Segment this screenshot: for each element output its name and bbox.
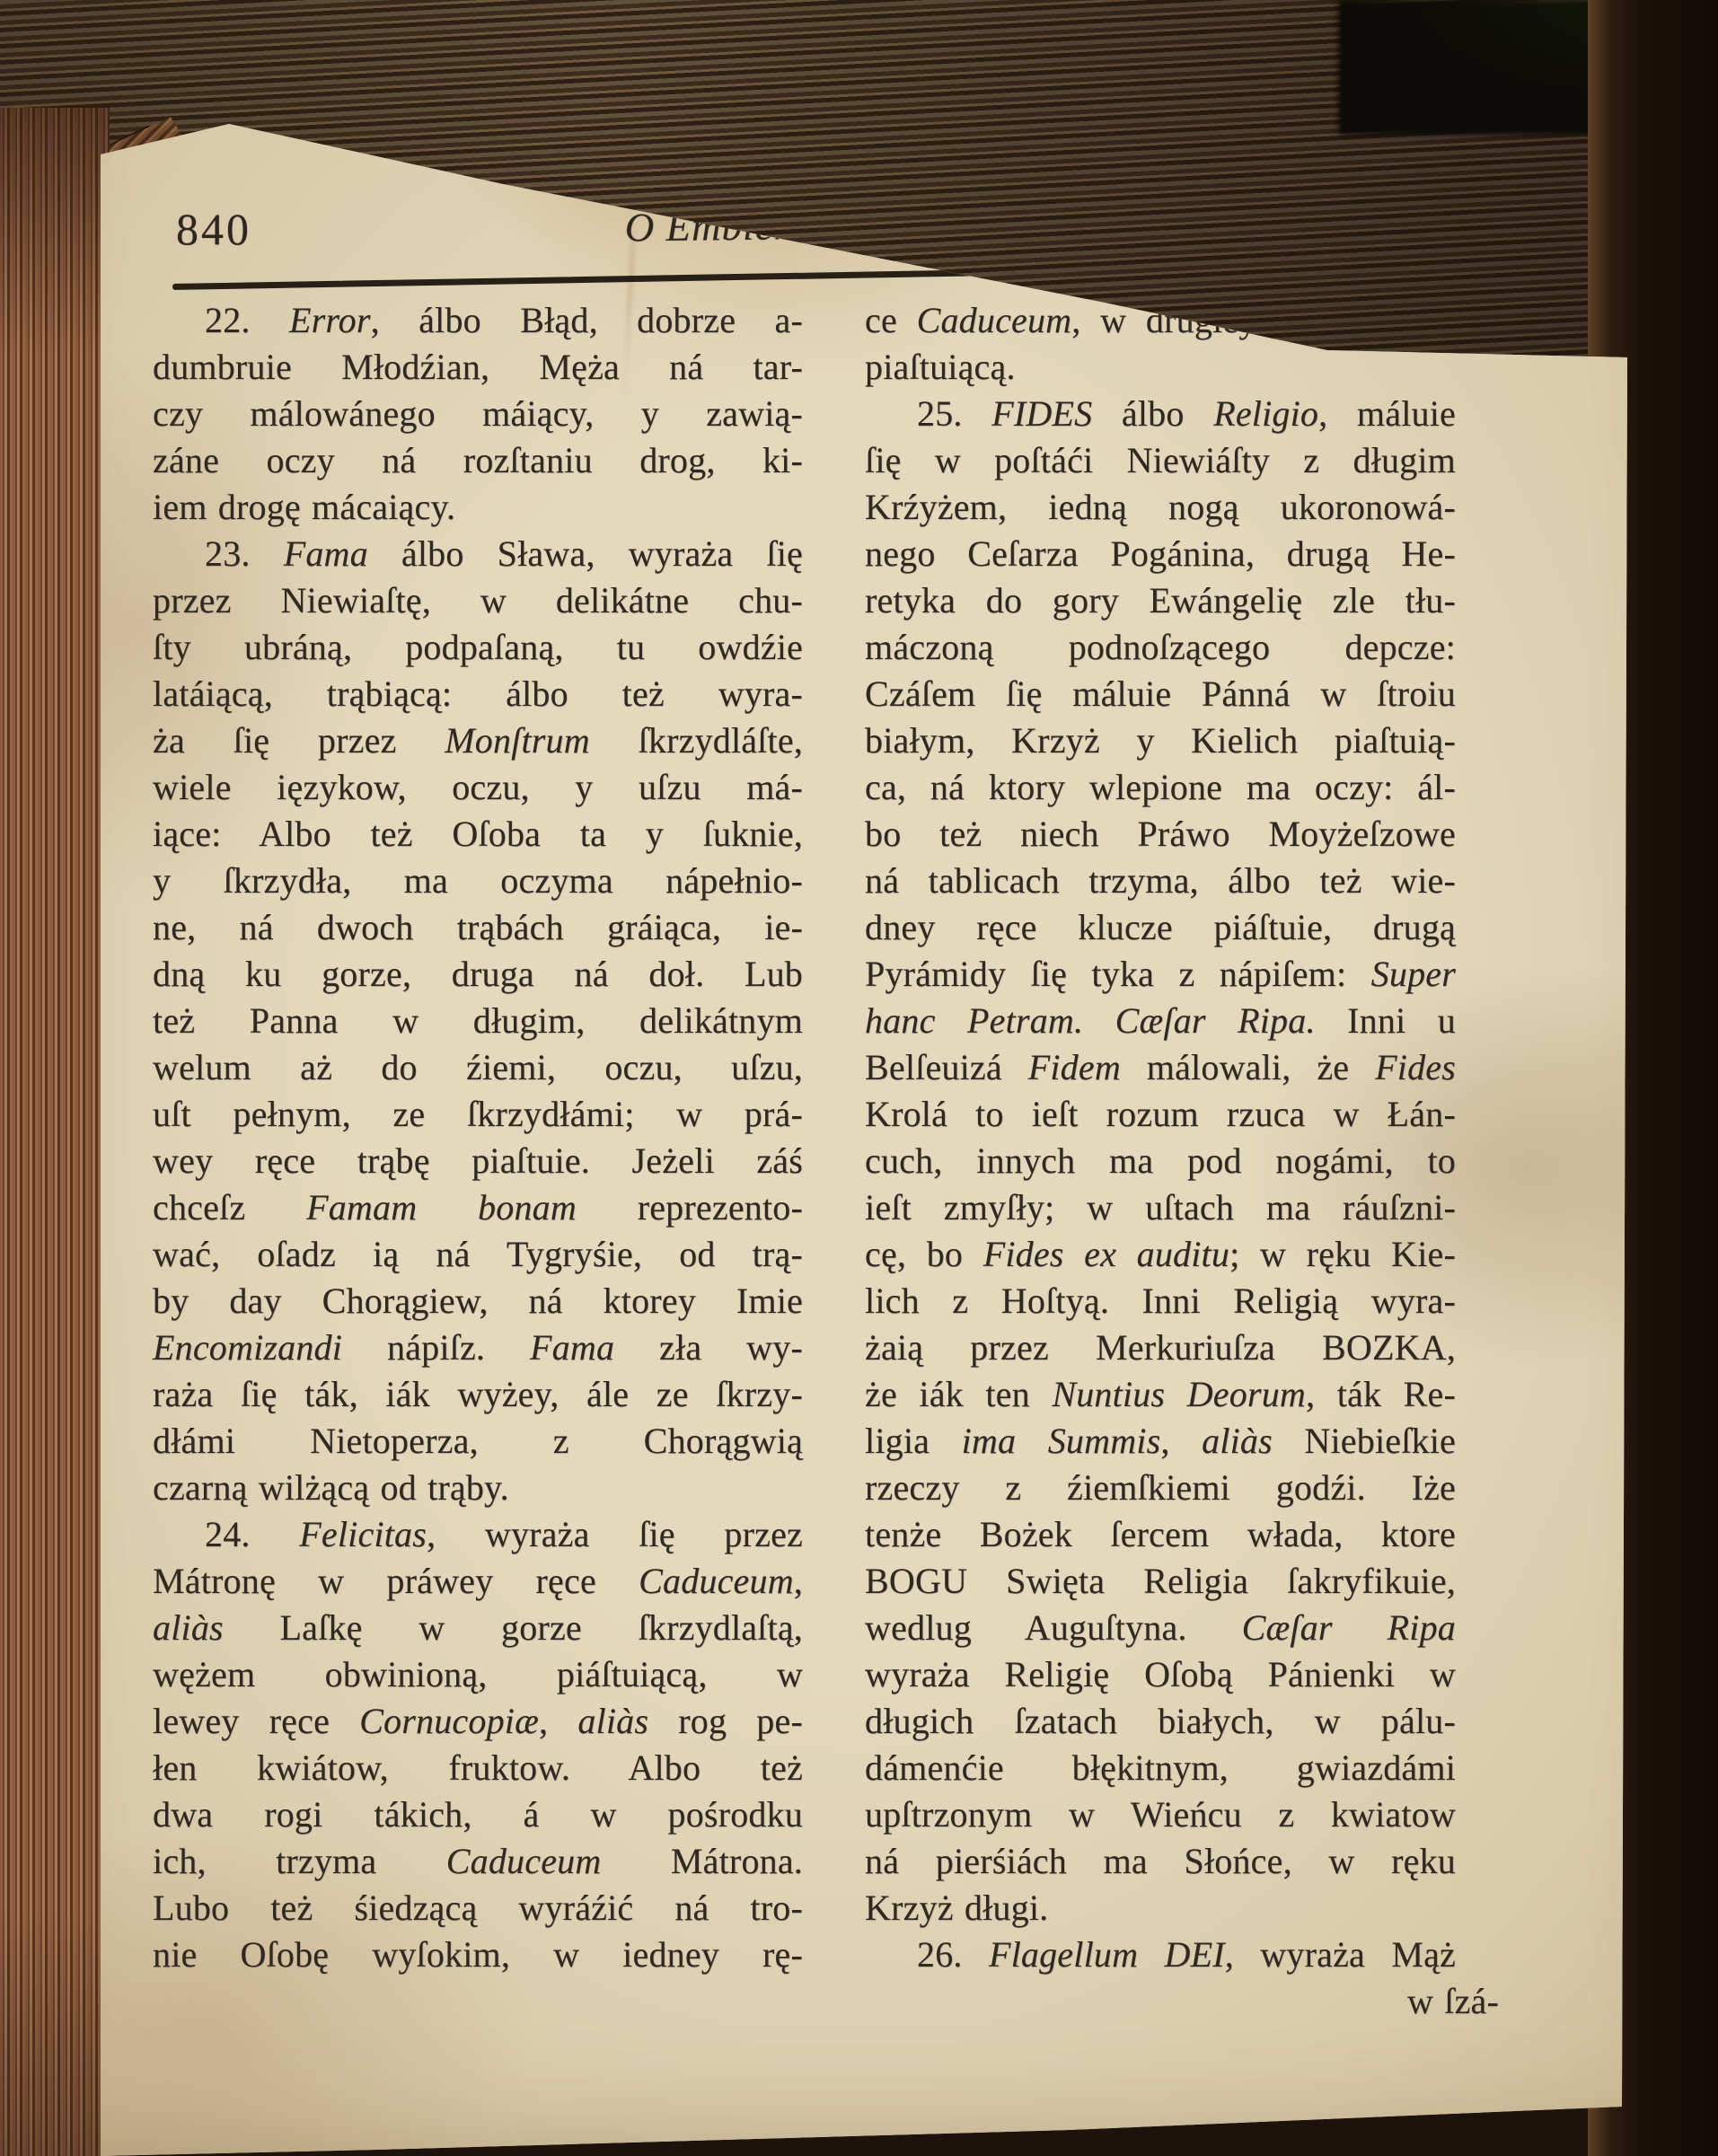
text-line: Krolá to ieſt rozum rzuca w Łán- <box>865 1091 1456 1138</box>
text-segment: wedlug Auguſtyna. <box>865 1607 1242 1648</box>
italic-text-segment: Caduceum <box>639 1561 794 1601</box>
text-line: dłámi Nietoperza, z Chorągwią <box>153 1418 803 1465</box>
text-segment: Krzyż długi. <box>865 1888 1048 1928</box>
text-segment: że iák ten <box>865 1374 1052 1414</box>
text-line: długich ſzatach białych, w pálu- <box>865 1698 1456 1745</box>
text-line: 24. Felicitas, wyraża ſię przez <box>153 1511 803 1558</box>
text-line: záne oczy ná rozſtaniu drog, ki- <box>153 437 803 484</box>
text-line: ża ſię przez Monſtrum ſkrzydláſte, <box>153 717 803 764</box>
text-line: ca, ná ktory wlepione ma oczy: ál- <box>865 764 1456 811</box>
text-segment: ; w ręku Kie- <box>1229 1234 1456 1274</box>
text-line: nie Oſobę wyſokim, w iedney rę- <box>153 1932 803 1978</box>
italic-text-segment: Fides <box>1375 1047 1456 1087</box>
text-segment: bo też niech Práwo Moyżeſzowe <box>865 814 1456 854</box>
text-segment: wężem obwinioną, piáſtuiącą, w <box>153 1654 803 1694</box>
text-line: Mátronę w práwey ręce Caduceum, <box>153 1558 803 1605</box>
text-line: w ſzá- <box>865 1978 1499 2025</box>
text-line: ná tablicach trzyma, álbo też wie- <box>865 858 1456 904</box>
text-segment: w ſzá- <box>1407 1981 1499 2021</box>
text-segment: , álbo Błąd, dobrze a- <box>371 300 803 340</box>
text-segment: nego Ceſarza Pogánina, drugą He- <box>865 533 1456 574</box>
text-segment: ſkrzydláſte, <box>590 720 803 761</box>
text-segment: Czáſem ſię máluie Pánná w ſtroiu <box>865 673 1456 714</box>
italic-text-segment: Error <box>289 300 371 340</box>
text-line: raża ſię ták, iák wyżey, ále ze ſkrzy- <box>153 1371 803 1418</box>
text-line: nego Ceſarza Pogánina, drugą He- <box>865 531 1456 577</box>
text-segment: , <box>539 1701 577 1741</box>
book-scan-photo: 840 O Emblematach y Symbolach. 22. Error… <box>0 0 1718 2156</box>
text-segment: wyraża Religię Oſobą Pánienki w <box>865 1654 1456 1694</box>
italic-text-segment: Cornucopiæ <box>359 1701 539 1741</box>
text-line: chceſz Famam bonam reprezento- <box>153 1184 803 1231</box>
text-segment: , <box>794 1561 803 1601</box>
text-segment: lewey ręce <box>153 1701 359 1741</box>
italic-text-segment: Fama <box>284 533 368 574</box>
text-line: dną ku gorze, druga ná doł. Lub <box>153 951 803 998</box>
text-segment: Krolá to ieſt rozum rzuca w Łán- <box>865 1094 1456 1134</box>
text-segment: żaią przez Merkuriuſza BOZKA, <box>865 1327 1456 1368</box>
text-segment: máczoną podnoſzącego depcze: <box>865 627 1456 667</box>
text-line: iące: Albo też Oſoba ta y ſuknie, <box>153 811 803 858</box>
page-number: 840 <box>176 203 251 255</box>
text-line: 26. Flagellum DEI, wyraża Mąż <box>865 1932 1456 1978</box>
text-line: też Panna w długim, delikátnym <box>153 998 803 1044</box>
text-line: wać, oſadz ią ná Tygryśie, od trą- <box>153 1231 803 1278</box>
text-line: lich z Hoſtyą. Inni Religią wyra- <box>865 1278 1456 1324</box>
text-line: uſt pełnym, ze ſkrzydłámi; w prá- <box>153 1091 803 1138</box>
text-segment: wiele ięzykow, oczu, y uſzu má- <box>153 767 803 807</box>
text-line: że iák ten Nuntius Deorum, ták Re- <box>865 1371 1456 1418</box>
text-segment: dney ręce klucze piáſtuie, drugą <box>865 907 1456 947</box>
text-segment: , máluie <box>1318 393 1456 434</box>
text-segment: 26. <box>917 1934 989 1975</box>
text-segment: wey ręce trąbę piaſtuie. Jeżeli záś <box>153 1140 803 1181</box>
italic-text-segment: hanc Petram. Cæſar Ripa. <box>865 1000 1316 1041</box>
text-line: 22. Error, álbo Błąd, dobrze a- <box>153 297 803 344</box>
text-line: latáiącą, trąbiącą: álbo też wyra- <box>153 671 803 717</box>
text-line: ſty ubráną, podpaſaną, tu owdźie <box>153 624 803 671</box>
text-segment: dłámi Nietoperza, z Chorągwią <box>153 1421 803 1461</box>
text-line: wiele ięzykow, oczu, y uſzu má- <box>153 764 803 811</box>
text-line: retyka do gory Ewángelię zle tłu- <box>865 577 1456 624</box>
text-segment: Niebieſkie <box>1273 1421 1456 1461</box>
text-segment: dwa rogi tákich, á w pośrodku <box>153 1794 803 1835</box>
text-segment: dámenćie błękitnym, gwiazdámi <box>865 1747 1456 1788</box>
text-segment: Pyrámidy ſię tyka z nápiſem: <box>865 954 1371 994</box>
text-segment: 23. <box>205 533 284 574</box>
text-line: wedlug Auguſtyna. Cæſar Ripa <box>865 1605 1456 1651</box>
text-segment: ne, ná dwoch trąbách gráiąca, ie- <box>153 907 803 947</box>
text-segment: ieſt zmyſły; w uſtach ma ráuſzni- <box>865 1187 1456 1228</box>
text-segment: rog pe- <box>648 1701 803 1741</box>
text-segment: álbo Sława, wyraża ſię <box>368 533 803 574</box>
text-segment: 24. <box>205 1514 299 1554</box>
text-line: rzeczy z źiemſkiemi godźi. Iże <box>865 1465 1456 1511</box>
text-line: dumbruie Młodźian, Męża ná tar- <box>153 344 803 391</box>
text-line: przez Niewiaſtę, w delikátne chu- <box>153 577 803 624</box>
italic-text-segment: aliàs <box>153 1607 224 1648</box>
text-line: ich, trzyma Caduceum Mátrona. <box>153 1838 803 1885</box>
text-line: ligia ima Summis, aliàs Niebieſkie <box>865 1418 1456 1465</box>
text-segment: lich z Hoſtyą. Inni Religią wyra- <box>865 1280 1456 1321</box>
text-segment: dumbruie Młodźian, Męża ná tar- <box>153 347 803 387</box>
text-segment: ligia <box>865 1421 962 1461</box>
text-line: hanc Petram. Cæſar Ripa. Inni u <box>865 998 1456 1044</box>
italic-text-segment: Fama <box>530 1327 614 1368</box>
text-segment: tenże Bożek ſercem włada, ktore <box>865 1514 1456 1554</box>
text-segment: Lubo też śiedzącą wyráźić ná tro- <box>153 1888 803 1928</box>
text-column-left: 22. Error, álbo Błąd, dobrze a-dumbruie … <box>153 297 803 1978</box>
italic-text-segment: Encomizandi <box>153 1327 342 1368</box>
italic-text-segment: aliàs <box>577 1701 648 1741</box>
text-line: Krzyż długi. <box>865 1885 1456 1932</box>
italic-text-segment: ima Summis <box>962 1421 1161 1461</box>
text-segment: Mátrona. <box>601 1841 803 1881</box>
text-segment: wać, oſadz ią ná Tygryśie, od trą- <box>153 1234 803 1274</box>
italic-text-segment: Caduceum <box>446 1841 602 1881</box>
italic-text-segment: aliàs <box>1202 1421 1273 1461</box>
text-segment: piaſtuiącą. <box>865 347 1016 387</box>
text-line: by day Chorągiew, ná ktorey Imie <box>153 1278 803 1324</box>
text-segment: ná tablicach trzyma, álbo też wie- <box>865 860 1456 901</box>
text-segment: raża ſię ták, iák wyżey, ále ze ſkrzy- <box>153 1374 803 1414</box>
text-segment: ich, trzyma <box>153 1841 446 1881</box>
text-segment: málowali, że <box>1121 1047 1375 1087</box>
text-segment: chceſz <box>153 1187 306 1228</box>
text-line: ne, ná dwoch trąbách gráiąca, ie- <box>153 904 803 951</box>
text-segment: ſię w poſtáći Niewiáſty z długim <box>865 440 1456 480</box>
text-segment: záne oczy ná rozſtaniu drog, ki- <box>153 440 803 480</box>
text-line: Belſeuizá Fidem málowali, że Fides <box>865 1044 1456 1091</box>
text-line: cuch, innych ma pod nogámi, to <box>865 1138 1456 1184</box>
text-line: Czáſem ſię máluie Pánná w ſtroiu <box>865 671 1456 717</box>
text-segment: Inni u <box>1316 1000 1456 1041</box>
italic-text-segment: Fidem <box>1028 1047 1121 1087</box>
text-column-right: ce Caduceum, w drugiey Cornucopiæpiaſtui… <box>865 297 1456 2025</box>
text-segment: iące: Albo też Oſoba ta y ſuknie, <box>153 814 803 854</box>
text-segment: czy málowánego máiący, y zawią- <box>153 393 803 434</box>
text-line: żaią przez Merkuriuſza BOZKA, <box>865 1324 1456 1371</box>
text-segment: białym, Krzyż y Kielich piaſtuią- <box>865 720 1456 761</box>
text-segment: reprezento- <box>577 1187 803 1228</box>
text-segment: 25. <box>917 393 991 434</box>
text-segment: łen kwiátow, fruktow. Albo też <box>153 1747 803 1788</box>
italic-text-segment: Nuntius Deorum <box>1052 1374 1306 1414</box>
italic-text-segment: FIDES <box>991 393 1092 434</box>
text-line: bo też niech Práwo Moyżeſzowe <box>865 811 1456 858</box>
text-segment: uſt pełnym, ze ſkrzydłámi; w prá- <box>153 1094 803 1134</box>
text-segment: ná pierśiách ma Słońce, w ręku <box>865 1841 1456 1881</box>
text-line: Pyrámidy ſię tyka z nápiſem: Super <box>865 951 1456 998</box>
italic-text-segment: Super <box>1371 954 1456 994</box>
text-segment: Krźyżem, iedną nogą ukoronowá- <box>865 487 1456 527</box>
text-line: 23. Fama álbo Sława, wyraża ſię <box>153 531 803 577</box>
italic-text-segment: Fides ex auditu <box>983 1234 1229 1274</box>
text-segment: iem drogę mácaiący. <box>153 487 455 527</box>
text-segment: álbo <box>1092 393 1213 434</box>
text-line: Krźyżem, iedną nogą ukoronowá- <box>865 484 1456 531</box>
text-segment: y ſkrzydła, ma oczyma nápełnio- <box>153 860 803 901</box>
text-segment: rzeczy z źiemſkiemi godźi. Iże <box>865 1467 1456 1508</box>
text-line: dney ręce klucze piáſtuie, drugą <box>865 904 1456 951</box>
text-line: czy málowánego máiący, y zawią- <box>153 391 803 437</box>
text-segment: welum aż do źiemi, oczu, uſzu, <box>153 1047 803 1087</box>
italic-text-segment: Caduceum <box>917 300 1072 340</box>
text-segment: też Panna w długim, delikátnym <box>153 1000 803 1041</box>
text-segment: czarną wilżącą od trąby. <box>153 1467 509 1508</box>
text-line: Encomizandi nápiſz. Fama zła wy- <box>153 1324 803 1371</box>
text-line: 25. FIDES álbo Religio, máluie <box>865 391 1456 437</box>
text-segment: retyka do gory Ewángelię zle tłu- <box>865 580 1456 620</box>
text-segment: ce <box>865 300 917 340</box>
text-line: máczoną podnoſzącego depcze: <box>865 624 1456 671</box>
text-line: upſtrzonym w Wieńcu z kwiatow <box>865 1791 1456 1838</box>
text-segment: , <box>1160 1421 1202 1461</box>
text-line: aliàs Laſkę w gorze ſkrzydlaſtą, <box>153 1605 803 1651</box>
text-segment: przez Niewiaſtę, w delikátne chu- <box>153 580 803 620</box>
text-line: dwa rogi tákich, á w pośrodku <box>153 1791 803 1838</box>
text-segment: ſty ubráną, podpaſaną, tu owdźie <box>153 627 803 667</box>
text-segment: nie Oſobę wyſokim, w iedney rę- <box>153 1934 803 1975</box>
text-line: BOGU Swięta Religia ſakryfikuie, <box>865 1558 1456 1605</box>
italic-text-segment: Cæſar Ripa <box>1242 1607 1456 1648</box>
text-segment: zła wy- <box>614 1327 803 1368</box>
text-segment: cuch, innych ma pod nogámi, to <box>865 1140 1456 1181</box>
book-fore-edge <box>0 108 110 2156</box>
italic-text-segment: Felicitas <box>299 1514 427 1554</box>
text-segment: ża ſię przez <box>153 720 445 761</box>
text-segment: 22. <box>205 300 289 340</box>
text-line: czarną wilżącą od trąby. <box>153 1465 803 1511</box>
text-line: wyraża Religię Oſobą Pánienki w <box>865 1651 1456 1698</box>
text-line: łen kwiátow, fruktow. Albo też <box>153 1745 803 1791</box>
text-segment: Mátronę w práwey ręce <box>153 1561 639 1601</box>
text-segment: , wyraża Mąż <box>1225 1934 1456 1975</box>
text-segment: by day Chorągiew, ná ktorey Imie <box>153 1280 803 1321</box>
text-segment: cę, bo <box>865 1234 983 1274</box>
text-line: y ſkrzydła, ma oczyma nápełnio- <box>153 858 803 904</box>
text-segment: Belſeuizá <box>865 1047 1028 1087</box>
text-segment: , ták Re- <box>1306 1374 1456 1414</box>
italic-text-segment: Flagellum DEI <box>989 1934 1225 1975</box>
text-segment: długich ſzatach białych, w pálu- <box>865 1701 1456 1741</box>
text-line: ieſt zmyſły; w uſtach ma ráuſzni- <box>865 1184 1456 1231</box>
text-segment: latáiącą, trąbiącą: álbo też wyra- <box>153 673 803 714</box>
text-line: dámenćie błękitnym, gwiazdámi <box>865 1745 1456 1791</box>
text-segment: nápiſz. <box>342 1327 530 1368</box>
text-segment: BOGU Swięta Religia ſakryfikuie, <box>865 1561 1456 1601</box>
text-segment: upſtrzonym w Wieńcu z kwiatow <box>865 1794 1456 1835</box>
text-line: welum aż do źiemi, oczu, uſzu, <box>153 1044 803 1091</box>
italic-text-segment: Monſtrum <box>445 720 590 761</box>
text-segment: Laſkę w gorze ſkrzydlaſtą, <box>224 1607 803 1648</box>
text-line: ſię w poſtáći Niewiáſty z długim <box>865 437 1456 484</box>
text-line: ná pierśiách ma Słońce, w ręku <box>865 1838 1456 1885</box>
text-line: wey ręce trąbę piaſtuie. Jeżeli záś <box>153 1138 803 1184</box>
text-line: białym, Krzyż y Kielich piaſtuią- <box>865 717 1456 764</box>
text-line: tenże Bożek ſercem włada, ktore <box>865 1511 1456 1558</box>
text-line: Lubo też śiedzącą wyráźić ná tro- <box>153 1885 803 1932</box>
text-line: cę, bo Fides ex auditu; w ręku Kie- <box>865 1231 1456 1278</box>
header-rule-left <box>172 269 994 290</box>
text-line: wężem obwinioną, piáſtuiącą, w <box>153 1651 803 1698</box>
text-segment: , wyraża ſię przez <box>427 1514 803 1554</box>
text-segment: dną ku gorze, druga ná doł. Lub <box>153 954 803 994</box>
text-segment: ca, ná ktory wlepione ma oczy: ál- <box>865 767 1456 807</box>
italic-text-segment: Famam bonam <box>306 1187 577 1228</box>
text-line: lewey ręce Cornucopiæ, aliàs rog pe- <box>153 1698 803 1745</box>
italic-text-segment: Religio <box>1213 393 1318 434</box>
text-line: iem drogę mácaiący. <box>153 484 803 531</box>
